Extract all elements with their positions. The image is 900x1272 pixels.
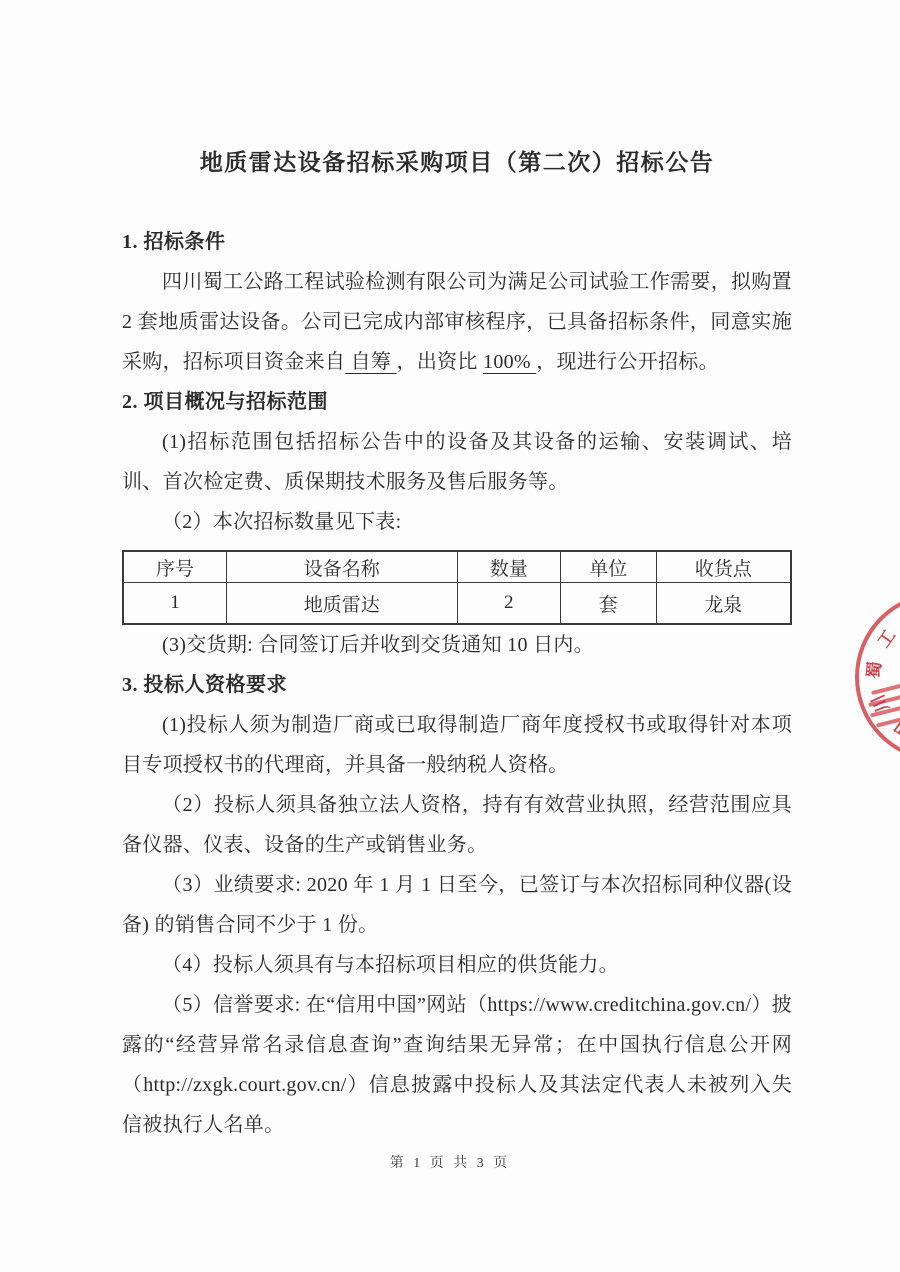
seal-emblem-stroke [876, 716, 900, 727]
funding-source-underlined: 自筹 [345, 351, 396, 373]
capital-ratio-underlined: 100% [483, 351, 536, 373]
company-seal: 四 川 蜀 工 公 [855, 592, 900, 762]
seal-character: 四 [891, 715, 900, 742]
qualification-paragraph-4: （4）投标人须具有与本招标项目相应的供货能力。 [122, 945, 792, 985]
table-header-row: 序号 设备名称 数量 单位 收货点 [123, 551, 791, 583]
seal-emblem-stroke [871, 683, 900, 695]
page-number: 第 1 页 共 3 页 [0, 1152, 900, 1172]
section-3-heading: 3. 投标人资格要求 [122, 665, 792, 705]
header-cell-delivery-point: 收货点 [656, 551, 791, 583]
seal-ring [855, 592, 900, 762]
cell-quantity: 2 [457, 583, 561, 625]
qualification-paragraph-1: (1)投标人须为制造厂商或已取得制造厂商年度授权书或取得针对本项目专项授权书的代… [122, 705, 792, 785]
equipment-table: 序号 设备名称 数量 单位 收货点 1 地质雷达 2 套 龙泉 [122, 550, 792, 625]
cell-unit: 套 [561, 583, 657, 625]
qualification-paragraph-3: （3）业绩要求: 2020 年 1 月 1 日至今，已签订与本次招标同种仪器(设… [122, 865, 792, 945]
cell-index: 1 [123, 583, 227, 625]
seal-character: 川 [868, 691, 894, 716]
section-1-intro-paragraph: 四川蜀工公路工程试验检测有限公司为满足公司试验工作需要，拟购置 2 套地质雷达设… [122, 262, 792, 382]
intro-text-mid: ，出资比 [397, 351, 484, 373]
section-2-heading: 2. 项目概况与招标范围 [122, 382, 792, 422]
intro-text-post: ，现进行公开招标。 [536, 351, 719, 373]
header-cell-equipment-name: 设备名称 [227, 551, 457, 583]
document-title: 地质雷达设备招标采购项目（第二次）招标公告 [122, 148, 792, 178]
table-row: 1 地质雷达 2 套 龙泉 [123, 583, 791, 625]
seal-emblem-stroke [868, 693, 900, 707]
quantity-paragraph: （2）本次招标数量见下表: [122, 502, 792, 542]
seal-character: 工 [874, 626, 900, 652]
header-cell-index: 序号 [123, 551, 227, 583]
delivery-paragraph: (3)交货期: 合同签订后并收到交货通知 10 日内。 [122, 625, 792, 665]
cell-delivery-point: 龙泉 [656, 583, 791, 625]
section-1-heading: 1. 招标条件 [122, 222, 792, 262]
header-cell-unit: 单位 [561, 551, 657, 583]
scope-paragraph: (1)招标范围包括招标公告中的设备及其设备的运输、安装调试、培训、首次检定费、质… [122, 422, 792, 502]
qualification-paragraph-2: （2）投标人须具备独立法人资格，持有有效营业执照，经营范围应具备仪器、仪表、设备… [122, 785, 792, 865]
seal-character: 蜀 [864, 660, 885, 680]
document-content: 地质雷达设备招标采购项目（第二次）招标公告 1. 招标条件 四川蜀工公路工程试验… [122, 148, 792, 1145]
seal-emblem-stroke [870, 704, 900, 717]
cell-equipment-name: 地质雷达 [227, 583, 457, 625]
header-cell-quantity: 数量 [457, 551, 561, 583]
document-page: 四 川 蜀 工 公 地质雷达设备招标采购项目（第二次）招标公告 1. 招标条件 … [0, 0, 900, 1272]
qualification-paragraph-5: （5）信誉要求: 在“信用中国”网站（https://www.creditchi… [122, 985, 792, 1145]
